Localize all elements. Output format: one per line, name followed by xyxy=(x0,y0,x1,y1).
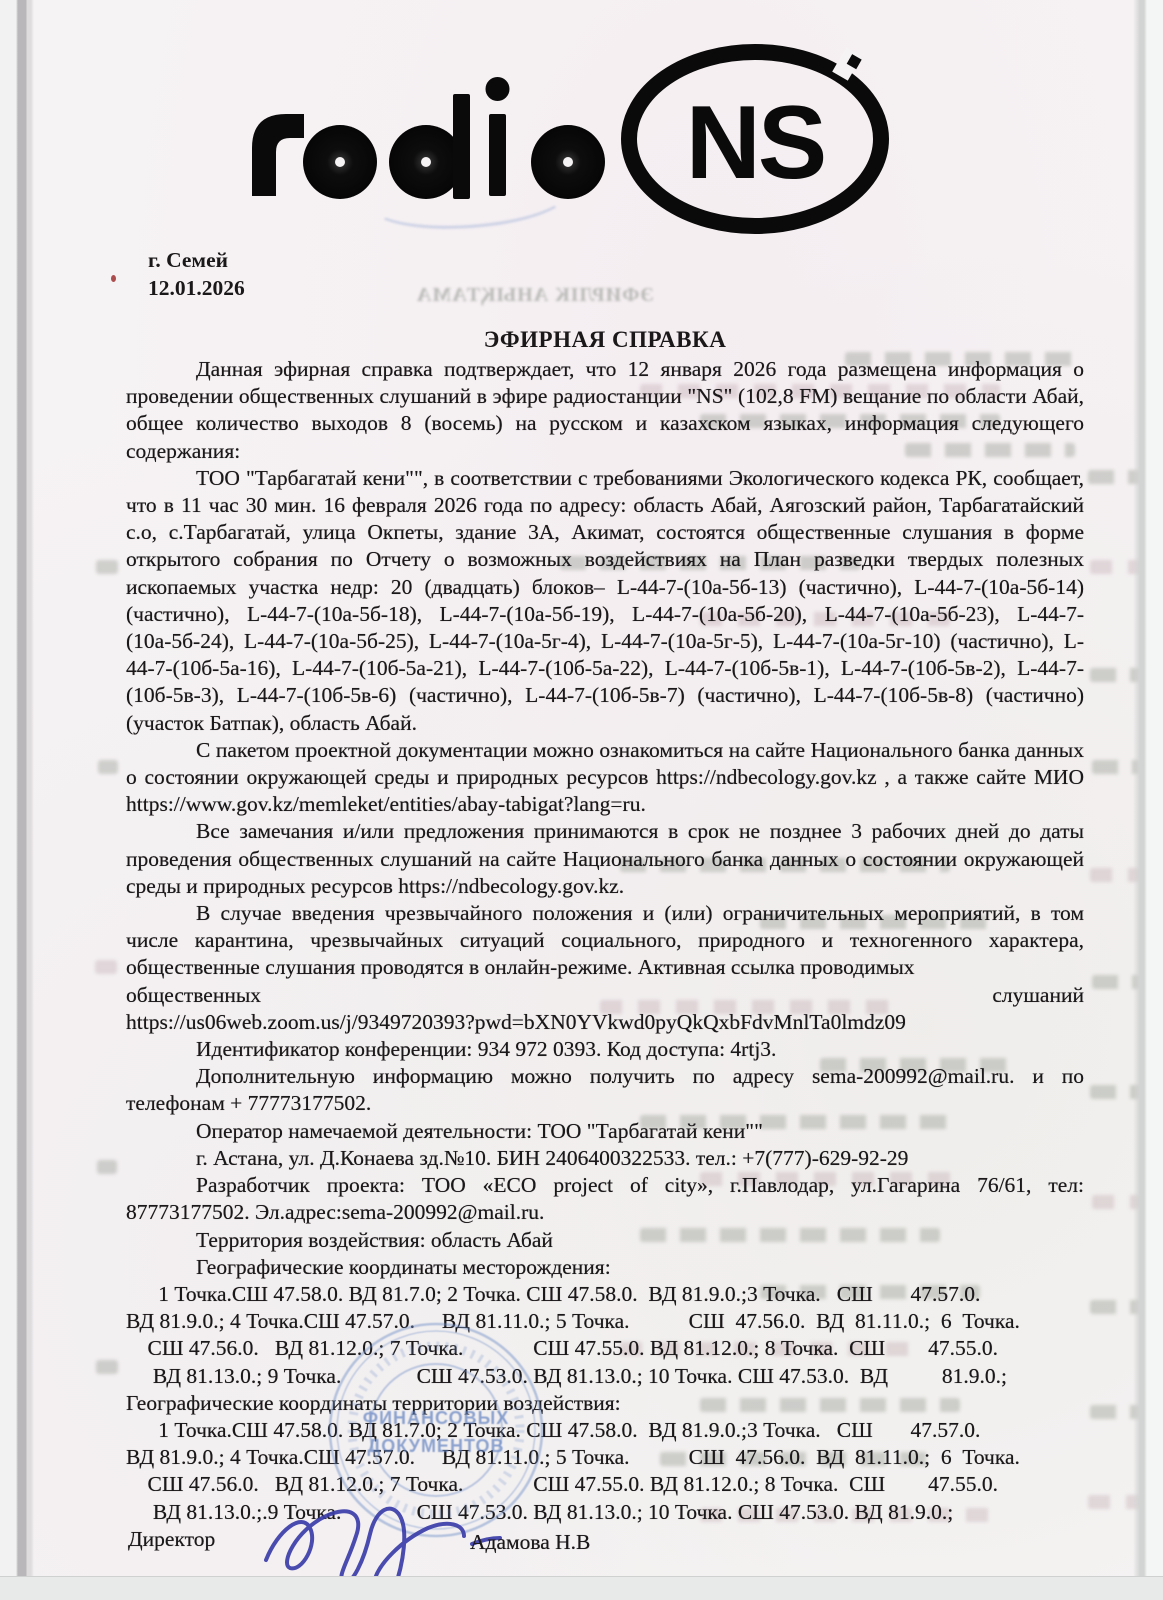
header-block: г. Семей 12.01.2026 xyxy=(148,246,245,302)
document-body: Данная эфирная справка подтверждает, что… xyxy=(126,356,1084,1526)
operator-line: Оператор намечаемой деятельности: ТОО "Т… xyxy=(126,1118,1084,1145)
bleedthrough-mirrored-title: ЭФИРЛІК АНЫҚТАМА xyxy=(295,284,775,307)
stamp-text-line1: ФИНАНСОВЫХ xyxy=(363,1408,509,1428)
doc-title: ЭФИРНАЯ СПРАВКА xyxy=(126,327,1084,353)
paragraph-documentation: С пакетом проектной документации можно о… xyxy=(126,737,1084,819)
header-city: г. Семей xyxy=(148,246,245,274)
logo-letter-r xyxy=(252,114,304,196)
page-edge-left xyxy=(0,0,34,1576)
bleedthrough-line xyxy=(96,560,118,574)
stamp-inner-ring xyxy=(370,1364,502,1496)
logo-letter-d-stem xyxy=(453,94,470,199)
contact-info-line: Дополнительную информацию можно получить… xyxy=(126,1063,1084,1117)
coord-line: 1 Точка.СШ 47.58.0. ВД 81.7.0; 2 Точка. … xyxy=(126,1417,1084,1444)
coord-line: СШ 47.56.0. ВД 81.12.0.; 7 Точка. СШ 47.… xyxy=(126,1335,1084,1362)
conference-id-line: Идентификатор конференции: 934 972 0393.… xyxy=(126,1036,1084,1063)
justified-spread-line: общественных слушаний xyxy=(126,982,1084,1009)
director-label: Директор xyxy=(128,1527,215,1552)
stamp-text-line2: ДОКУМЕНТОВ xyxy=(367,1436,504,1456)
vinyl-center-dot xyxy=(421,157,431,167)
spread-word-right: слушаний xyxy=(992,982,1084,1009)
bleedthrough-line xyxy=(98,760,118,774)
operator-address-line: г. Астана, ул. Д.Конаева зд.№10. БИН 240… xyxy=(126,1145,1084,1172)
vinyl-center-dot xyxy=(563,157,573,167)
zoom-link: https://us06web.zoom.us/j/9349720393?pwd… xyxy=(126,1009,1084,1036)
developer-line: Разработчик проекта: ТОО «ECO project of… xyxy=(126,1172,1084,1226)
header-date: 12.01.2026 xyxy=(148,274,245,302)
page-edge-right xyxy=(1133,0,1163,1576)
ink-speck xyxy=(111,275,116,282)
director-name: Адамова Н.В xyxy=(470,1530,590,1555)
coord-line: ВД 81.13.0.; 9 Точка. СШ 47.53.0. ВД 81.… xyxy=(126,1363,1084,1390)
coords-territory-title: Географические координаты территории воз… xyxy=(126,1390,1084,1417)
scanner-bed-strip xyxy=(0,1576,1163,1600)
paragraph-hearing-details: ТОО "Тарбагатай кени"", в соответствии с… xyxy=(126,465,1084,737)
coord-line: ВД 81.9.0.; 4 Точка.СШ 47.57.0. ВД 81.11… xyxy=(126,1444,1084,1471)
paragraph-online-mode: В случае введения чрезвычайного положени… xyxy=(126,900,1084,982)
bleedthrough-line xyxy=(96,1360,118,1374)
scan-page: ЭФИРЛІК АНЫҚТАМА xyxy=(0,0,1163,1600)
spread-word-left: общественных xyxy=(126,982,261,1009)
paragraph-comments-deadline: Все замечания и/или предложения принимаю… xyxy=(126,818,1084,900)
coords-deposit-title: Географические координаты месторождения: xyxy=(126,1254,1084,1281)
radio-ns-logo-graphic: NS xyxy=(246,44,906,244)
coord-line: 1 Точка.СШ 47.58.0. ВД 81.7.0; 2 Точка. … xyxy=(126,1281,1084,1308)
coord-line: ВД 81.9.0.; 4 Точка.СШ 47.57.0. ВД 81.11… xyxy=(126,1308,1084,1335)
bleedthrough-line xyxy=(97,1160,117,1174)
paragraph-announcement: Данная эфирная справка подтверждает, что… xyxy=(126,356,1084,465)
logo-ns-text: NS xyxy=(686,85,824,201)
logo-letter-i-dot xyxy=(486,77,510,101)
territory-line: Территория воздействия: область Абай xyxy=(126,1227,1084,1254)
bleedthrough-line xyxy=(95,960,117,974)
coords-deposit-block: 1 Точка.СШ 47.58.0. ВД 81.7.0; 2 Точка. … xyxy=(126,1281,1084,1390)
logo-letter-i-stem xyxy=(489,114,506,196)
vinyl-center-dot xyxy=(335,157,345,167)
radio-ns-logo: radio xyxy=(246,44,906,244)
paper: ЭФИРЛІК АНЫҚТАМА xyxy=(0,0,1150,1576)
